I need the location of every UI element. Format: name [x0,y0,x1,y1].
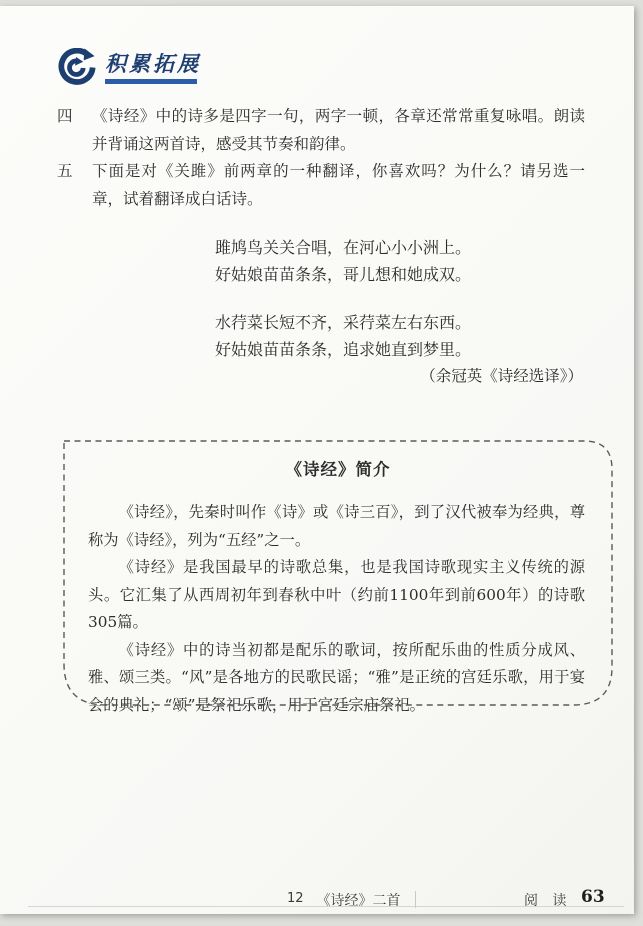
poem-attribution: （余冠英《诗经选译》） [420,364,583,386]
poem-stanza-1: 雎鸠鸟关关合唱，在河心小小洲上。 好姑娘苗苗条条，哥儿想和她成双。 [215,234,471,288]
section-header: 积累拓展 [58,48,201,86]
exercise-text: 《诗经》中的诗多是四字一句，两字一顿，各章还常常重复咏唱。朗读并背诵这两首诗，感… [92,103,585,158]
poem-line: 好姑娘苗苗条条，追求她直到梦里。 [215,336,471,363]
section-title: 积累拓展 [105,51,201,77]
lesson-title: 《诗经》二首 [317,890,401,910]
page-number: 63 [581,887,605,907]
circular-arrow-logo-icon [58,48,96,86]
lesson-label: 12 《诗经》二首 [287,890,401,910]
info-box-dashed-border [63,440,613,708]
unit-section-label: 阅 读 [524,890,571,910]
poem-translation: 雎鸠鸟关关合唱，在河心小小洲上。 好姑娘苗苗条条，哥儿想和她成双。 水荇菜长短不… [215,234,471,363]
poem-line: 水荇菜长短不齐，采荇菜左右东西。 [215,309,471,336]
exercise-text: 下面是对《关雎》前两章的一种翻译，你喜欢吗？为什么？请另选一章，试着翻译成白话诗… [92,158,585,213]
poem-stanza-2: 水荇菜长短不齐，采荇菜左右东西。 好姑娘苗苗条条，追求她直到梦里。 [215,309,471,363]
textbook-page: 积累拓展 四 《诗经》中的诗多是四字一句，两字一顿，各章还常常重复咏唱。朗读并背… [0,6,634,914]
info-box: 《诗经》简介 《诗经》，先秦时叫作《诗》或《诗三百》，到了汉代被奉为经典，尊称为… [63,440,613,708]
exercise-list: 四 《诗经》中的诗多是四字一句，两字一顿，各章还常常重复咏唱。朗读并背诵这两首诗… [57,103,585,213]
exercise-item-4: 四 《诗经》中的诗多是四字一句，两字一顿，各章还常常重复咏唱。朗读并背诵这两首诗… [57,103,585,158]
title-underline-bar [105,79,197,84]
poem-line: 雎鸠鸟关关合唱，在河心小小洲上。 [215,234,471,261]
lesson-number: 12 [287,890,304,910]
scan-edge-line [28,906,624,907]
exercise-number: 四 [57,103,92,158]
page-footer: 12 《诗经》二首 阅 读 63 [0,890,634,912]
exercise-number: 五 [57,158,92,213]
poem-line: 好姑娘苗苗条条，哥儿想和她成双。 [215,261,471,288]
exercise-item-5: 五 下面是对《关雎》前两章的一种翻译，你喜欢吗？为什么？请另选一章，试着翻译成白… [57,158,585,213]
